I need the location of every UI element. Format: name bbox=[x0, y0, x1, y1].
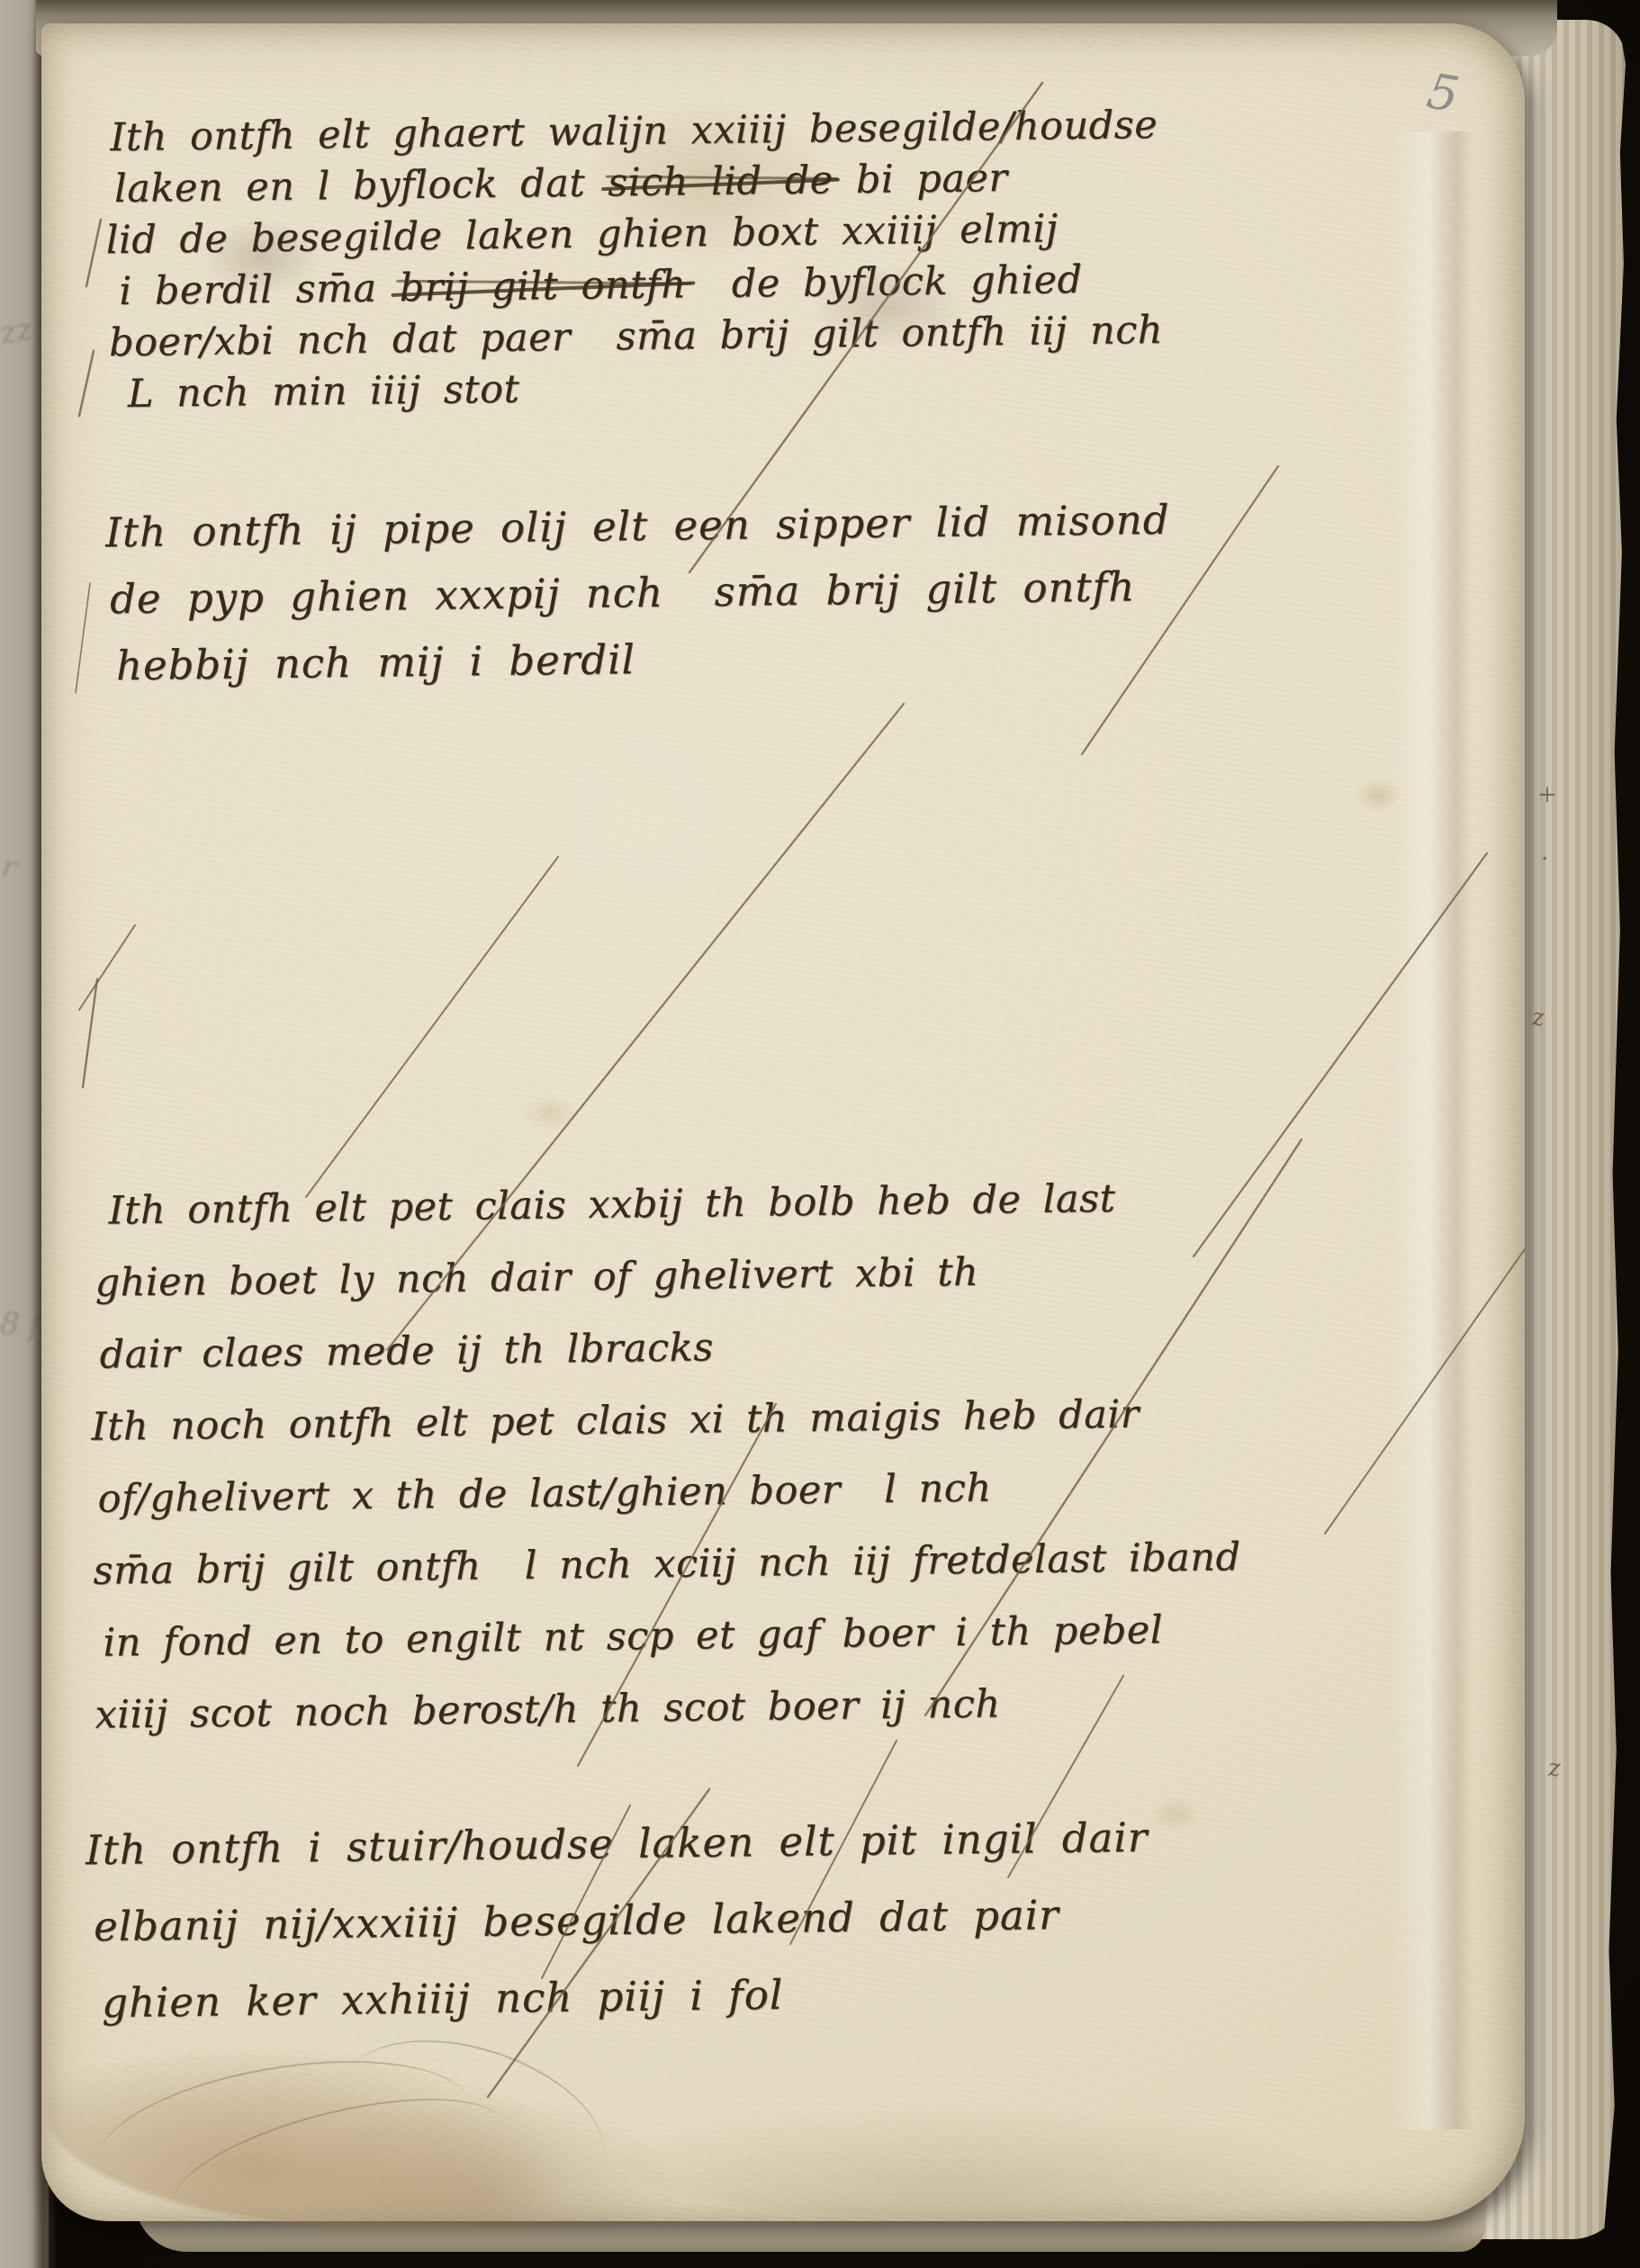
manuscript-line: Ith noch ontfh elt pet clais xi th maigi… bbox=[91, 1377, 1239, 1463]
edge-ink-mark: z bbox=[1532, 1004, 1545, 1031]
handwritten-text: Ith ontfh elt ghaert walijn xxiiij beseg… bbox=[41, 23, 1525, 2221]
manuscript-entry: Ith ontfh i stuir/houdse laken elt pit i… bbox=[85, 1799, 1149, 2041]
manuscript-line: in fond en to engilt nt scp et gaf boer … bbox=[103, 1593, 1242, 1678]
manuscript-entry: Ith ontfh ij pipe olij elt een sipper li… bbox=[105, 487, 1172, 699]
manuscript-line: ghien boet ly nch dair of ghelivert xbi … bbox=[95, 1233, 1238, 1318]
edge-ink-mark: z bbox=[1548, 1755, 1561, 1782]
text-segment: of/ghelivert x th de last/ghien boer l n… bbox=[97, 1466, 992, 1522]
edge-ink-mark: + bbox=[1537, 781, 1557, 808]
text-segment: lid de besegilde laken ghien boxt xxiiij… bbox=[105, 206, 1059, 263]
text-segment: ghien ker xxhiiij nch piij i fol bbox=[102, 1971, 784, 2027]
text-segment: sm̄a brij gilt ontfh l nch xciij nch iij… bbox=[93, 1534, 1241, 1594]
manuscript-leaf: 5 Ith ontfh elt ghaert walijn xxiiij bes… bbox=[41, 23, 1525, 2221]
text-segment: hebbij nch mij i berdil bbox=[116, 635, 636, 689]
manuscript-photo: zzr8 f 5 Ith ontfh elt ghaert walijn xxi… bbox=[0, 0, 1640, 2268]
text-segment: boer/xbi nch dat paer sm̄a brij gilt ont… bbox=[109, 308, 1163, 365]
manuscript-line: elbanij nij/xxxiiij besegilde lakend dat… bbox=[94, 1876, 1149, 1965]
text-segment: laken en l byflock dat bbox=[114, 160, 608, 211]
manuscript-line: de pyp ghien xxxpij nch sm̄a brij gilt o… bbox=[110, 553, 1171, 633]
text-segment: Ith ontfh i stuir/houdse laken elt pit i… bbox=[86, 1813, 1149, 1874]
text-segment: ghien boet ly nch dair of ghelivert xbi … bbox=[95, 1250, 978, 1306]
text-segment: de byflock ghied bbox=[686, 257, 1083, 307]
text-segment: elbanij nij/xxxiiij besegilde lakend dat… bbox=[94, 1891, 1059, 1950]
manuscript-line: Ith ontfh elt pet clais xxbij th bolb he… bbox=[108, 1161, 1237, 1246]
text-segment: L nch min iiij stot bbox=[127, 367, 519, 417]
manuscript-line: dair claes mede ij th lbracks bbox=[99, 1305, 1239, 1390]
text-segment: dair claes mede ij th lbracks bbox=[99, 1325, 714, 1377]
text-segment: Ith ontfh elt pet clais xxbij th bolb he… bbox=[108, 1176, 1115, 1234]
text-segment: xiiij scot noch berost/h th scot boer ij… bbox=[95, 1681, 1001, 1737]
manuscript-line: ghien ker xxhiiij nch piij i fol bbox=[102, 1952, 1150, 2041]
manuscript-entry: Ith ontfh elt pet clais xxbij th bolb he… bbox=[88, 1161, 1243, 1751]
text-segment: bi paer bbox=[833, 156, 1007, 202]
manuscript-line: sm̄a brij gilt ontfh l nch xciij nch iij… bbox=[93, 1521, 1241, 1607]
edge-ink-mark: · bbox=[1541, 846, 1548, 873]
manuscript-line: of/ghelivert x th de last/ghien boer l n… bbox=[97, 1449, 1240, 1534]
struck-text-segment: brij gilt ontfh bbox=[399, 262, 686, 310]
text-segment: Ith ontfh ij pipe olij elt een sipper li… bbox=[105, 496, 1170, 556]
text-segment: i berdil sm̄a bbox=[119, 265, 400, 314]
text-segment: de pyp ghien xxxpij nch sm̄a brij gilt o… bbox=[110, 562, 1136, 623]
text-segment: Ith ontfh elt ghaert walijn xxiiij beseg… bbox=[110, 103, 1158, 160]
text-segment: Ith noch ontfh elt pet clais xi th maigi… bbox=[91, 1392, 1140, 1450]
manuscript-entry: Ith ontfh elt ghaert walijn xxiiij beseg… bbox=[104, 100, 1164, 420]
manuscript-line: hebbij nch mij i berdil bbox=[115, 620, 1171, 699]
struck-text-segment: sich lid de bbox=[608, 157, 834, 205]
text-segment: in fond en to engilt nt scp et gaf boer … bbox=[103, 1607, 1163, 1665]
manuscript-line: xiiij scot noch berost/h th scot boer ij… bbox=[95, 1665, 1243, 1751]
manuscript-line: Ith ontfh i stuir/houdse laken elt pit i… bbox=[85, 1799, 1148, 1888]
